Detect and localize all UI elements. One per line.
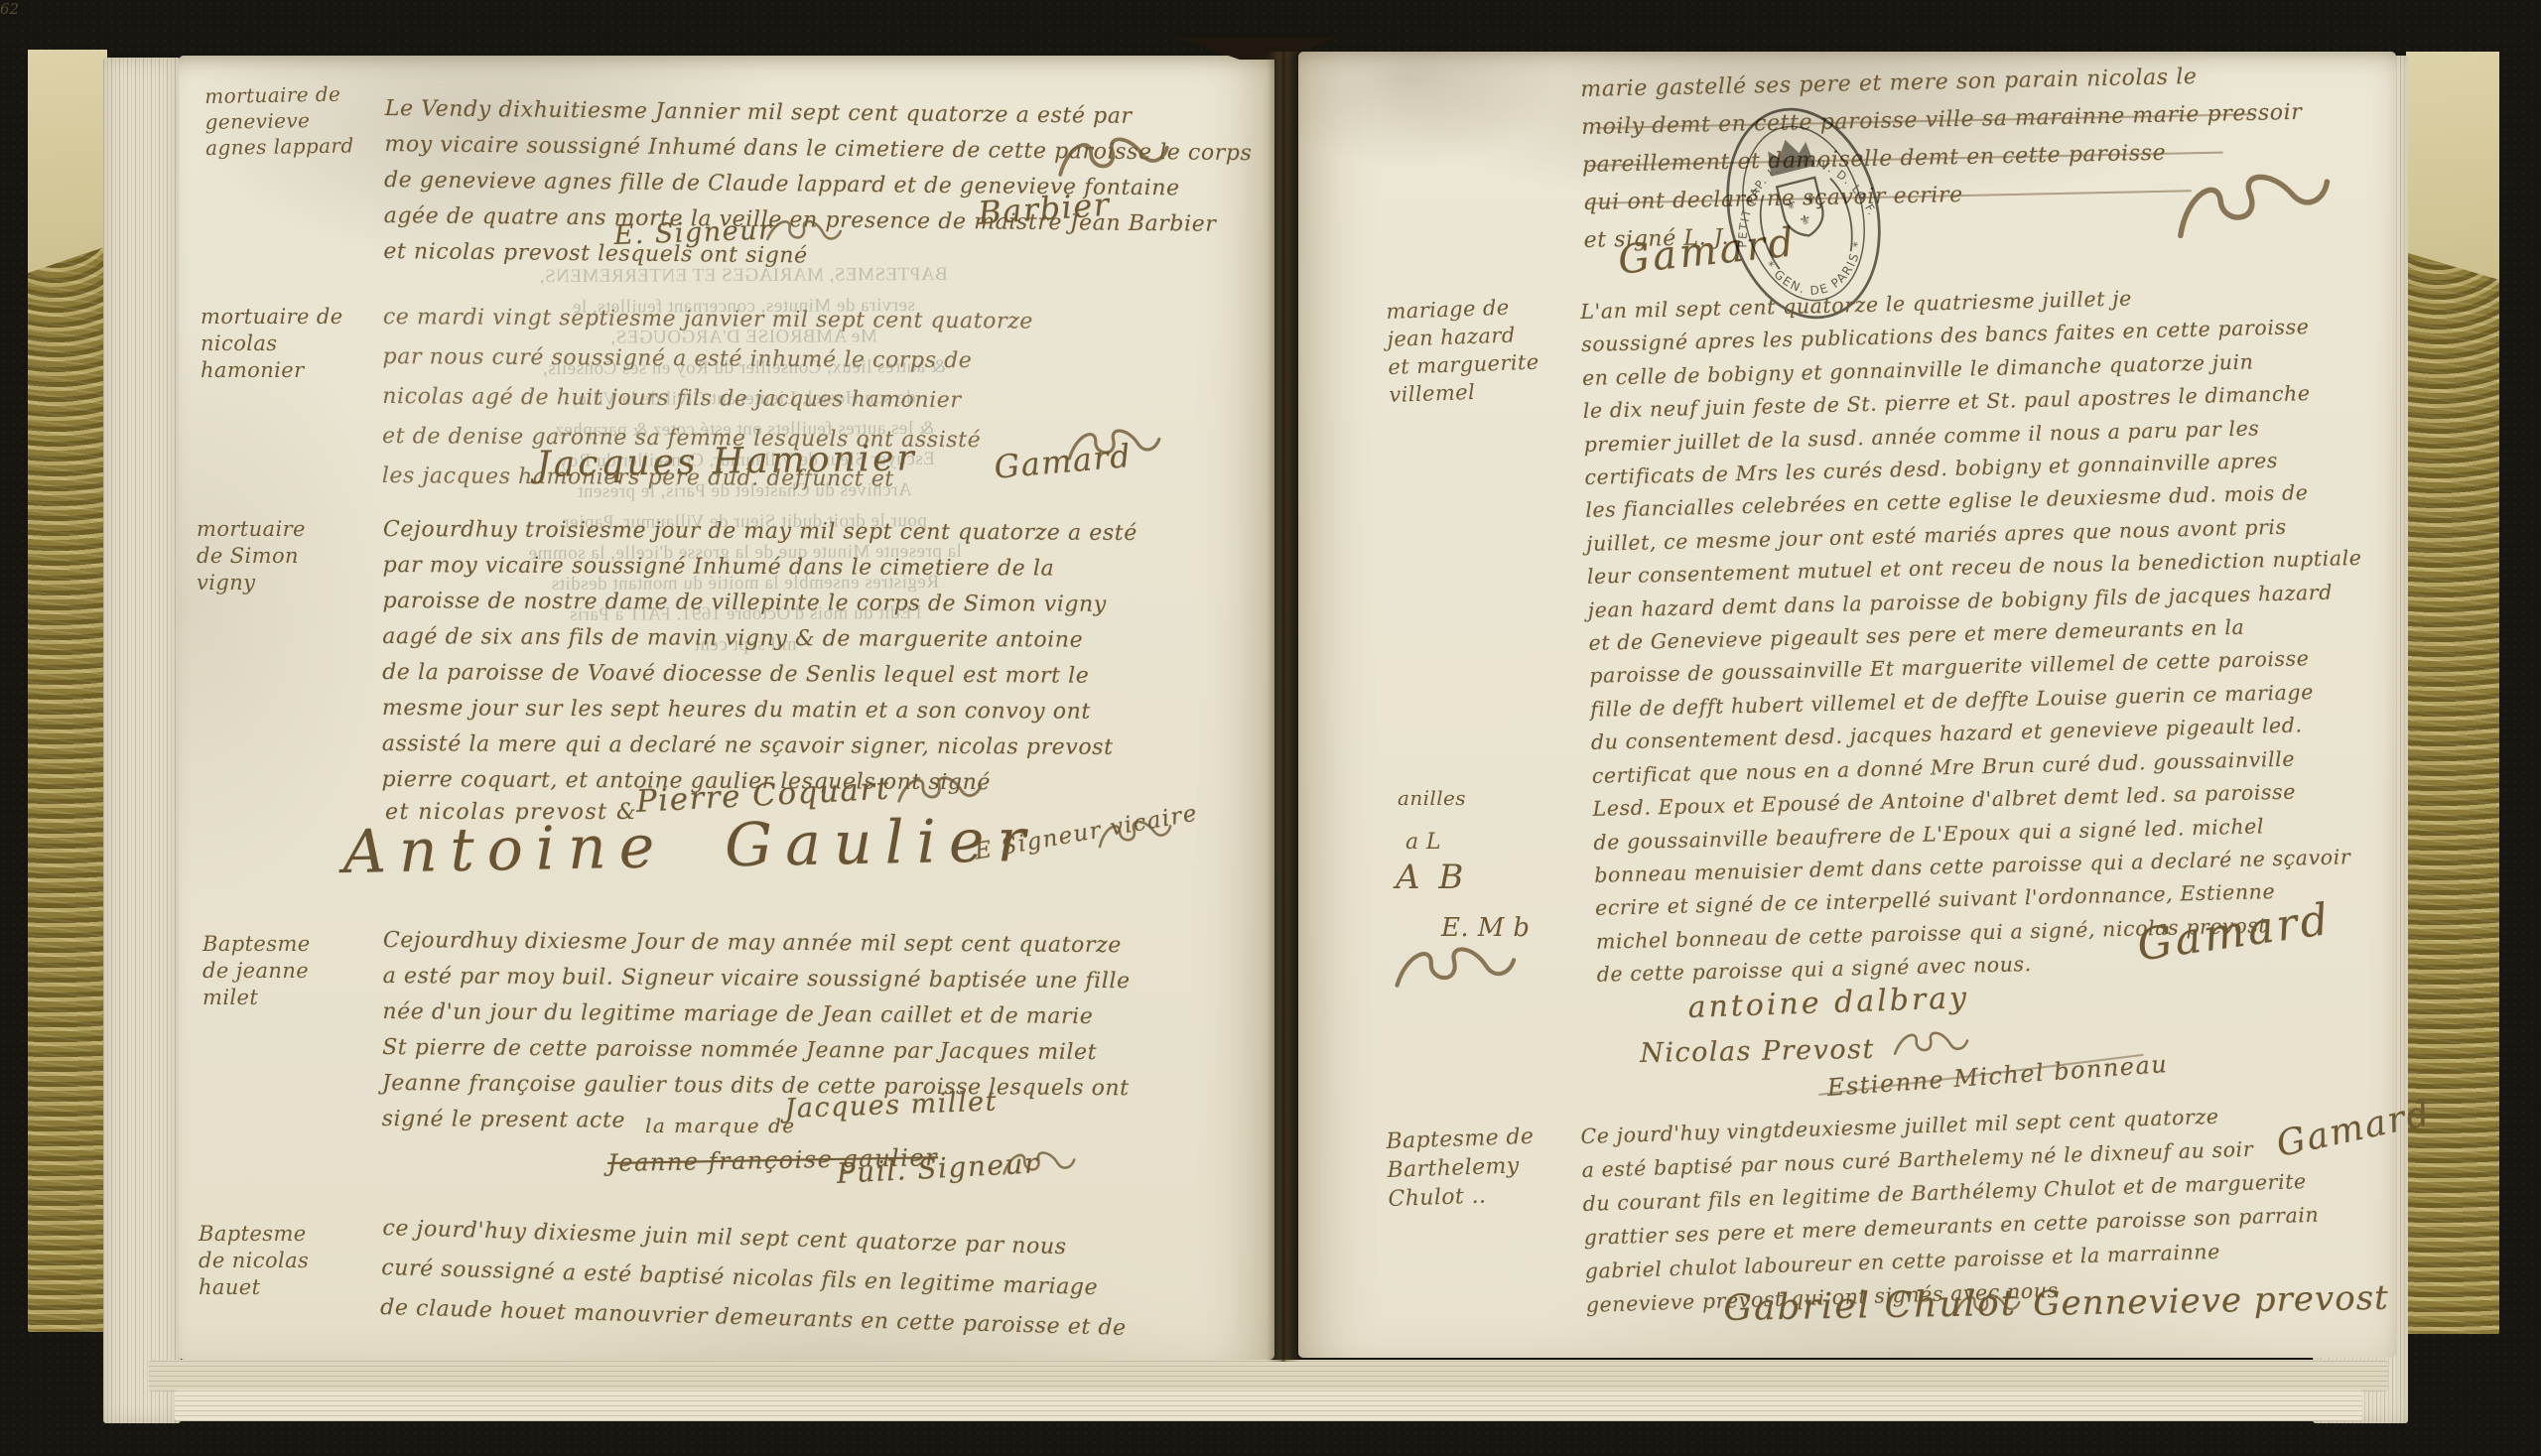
manuscript-line: nicolas agé de huit jours fils de jacque… <box>382 377 1032 422</box>
margin-label-baptesme-chulot: Baptesme deBarthelemyChulot .. <box>1386 1123 1537 1214</box>
folio-number: 62 <box>0 0 2541 18</box>
manuscript-line: agnes lappard <box>205 132 354 161</box>
manuscript-line: a esté par moy buil. Signeur vicaire sou… <box>382 959 1130 999</box>
manuscript-line: hauet <box>199 1274 309 1301</box>
manuscript-line: Chulot .. <box>1388 1180 1537 1214</box>
manuscript-line: villemel <box>1389 376 1540 409</box>
margin-note-al: a L <box>1405 830 1441 855</box>
manuscript-line: mortuaire <box>197 516 306 543</box>
margin-label-mortuaire-genevieve: mortuaire degenevieveagnes lappard <box>204 80 354 161</box>
paraph-flourish-icon <box>1388 931 1524 1013</box>
margin-label-mortuaire-hamonier: mortuaire denicolashamonier <box>201 304 343 384</box>
margin-label-baptesme-hauet: Baptesmede nicolashauet <box>199 1221 309 1301</box>
margin-label-baptesme-jeanne: Baptesmede jeannemilet <box>202 931 311 1011</box>
manuscript-line: Jeanne françoise gaulier tous dits de ce… <box>382 1066 1130 1107</box>
manuscript-line: ce mardi vingt septiesme janvier mil sep… <box>383 298 1033 342</box>
book-block-bottom-edge <box>149 1360 2388 1391</box>
manuscript-line: hamonier <box>201 357 343 384</box>
manuscript-line: mesme jour sur les sept heures du matin … <box>382 691 1137 730</box>
manuscript-line: Cejourdhuy troisiesme jour de may mil se… <box>383 512 1137 552</box>
manuscript-line: Baptesme <box>199 1221 309 1248</box>
left-page-edge-stack <box>103 58 181 1423</box>
paraph-flourish-icon <box>764 210 844 260</box>
manuscript-line: de la paroisse de Voavé diocesse de Senl… <box>382 655 1137 695</box>
entry-mariage-hazard: L'an mil sept cent quatorze le quatriesm… <box>1580 277 2372 992</box>
book-block-bottom-edge-lower <box>175 1390 2362 1421</box>
manuscript-line: assisté la mere qui a declaré ne sçavoir… <box>382 727 1137 766</box>
manuscript-line: milet <box>202 985 311 1011</box>
gutter-shadow <box>1267 52 1300 1362</box>
signature-nicolas-prevost: Nicolas Prevost <box>1640 1034 1875 1069</box>
signature-genevieve-prevost: Gennevieve prevost <box>2033 1278 2389 1324</box>
manuscript-line: mortuaire de <box>204 80 353 109</box>
margin-label-mortuaire-vigny: mortuairede Simonvigny <box>197 516 306 596</box>
margin-label-mariage-hazard: mariage dejean hazardet margueritevillem… <box>1386 293 1540 409</box>
manuscript-line: vigny <box>197 570 306 596</box>
manuscript-line: par moy vicaire soussigné Inhumé dans le… <box>383 548 1137 588</box>
signature-e-signeur: E. Signeur <box>613 214 773 251</box>
entry-mortuaire-vigny: Cejourdhuy troisiesme jour de may mil se… <box>381 512 1137 802</box>
paraph-flourish-icon <box>1062 417 1166 481</box>
margin-note-anilles: anilles <box>1398 786 1466 810</box>
manuscript-line: paroisse de nostre dame de villepinte le… <box>382 584 1137 623</box>
manuscript-line: aagé de six ans fils de mavin vigny & de… <box>382 619 1137 659</box>
manuscript-line: genevieve <box>204 106 353 135</box>
manuscript-line: Baptesme <box>202 931 311 958</box>
right-parchment-corner <box>2406 52 2499 280</box>
manuscript-line: Cejourdhuy dixiesme Jour de may année mi… <box>383 923 1131 964</box>
manuscript-line: de nicolas <box>199 1248 309 1274</box>
manuscript-line: Barthelemy <box>1387 1151 1536 1185</box>
manuscript-line: nicolas <box>201 331 343 357</box>
open-register-book: BAPTESMES, MARIAGES ET ENTERREMENS,servi… <box>0 0 2541 1456</box>
marque-label: la marque de <box>645 1114 796 1137</box>
left-parchment-corner <box>28 50 107 273</box>
signature-antoine-gaulier: Antoine Gaulier <box>342 806 1039 887</box>
fleur-de-lis-icon: ⚜ <box>1783 197 1799 215</box>
entry-baptesme-hauet: ce jourd'huy dixiesme juin mil sept cent… <box>380 1209 1130 1349</box>
manuscript-line: St pierre de cette paroisse nommée Jeann… <box>382 1030 1130 1071</box>
paraph-flourish-icon <box>999 1140 1080 1193</box>
manuscript-line: mortuaire de <box>201 304 343 331</box>
manuscript-line: par nous curé soussigné a esté inhumé le… <box>382 337 1032 382</box>
manuscript-line: née d'un jour du legitime mariage de Jea… <box>382 994 1130 1035</box>
paraph-flourish-icon <box>1951 1283 2024 1332</box>
fleur-de-lis-icon: ⚜ <box>1803 192 1818 210</box>
fleur-de-lis-icon: ⚜ <box>1798 211 1813 230</box>
signature-jacques-hamonier: Jacques Hamonier <box>536 438 917 485</box>
manuscript-line: et marguerite <box>1388 348 1539 381</box>
margin-note-ab-monogram: A B <box>1396 858 1467 897</box>
palm-branch-icon <box>1754 195 1782 270</box>
entry-baptesme-jeanne: Cejourdhuy dixiesme Jour de may année mi… <box>381 923 1131 1142</box>
manuscript-line: de Simon <box>197 543 306 570</box>
manuscript-line: de jeanne <box>202 958 311 985</box>
